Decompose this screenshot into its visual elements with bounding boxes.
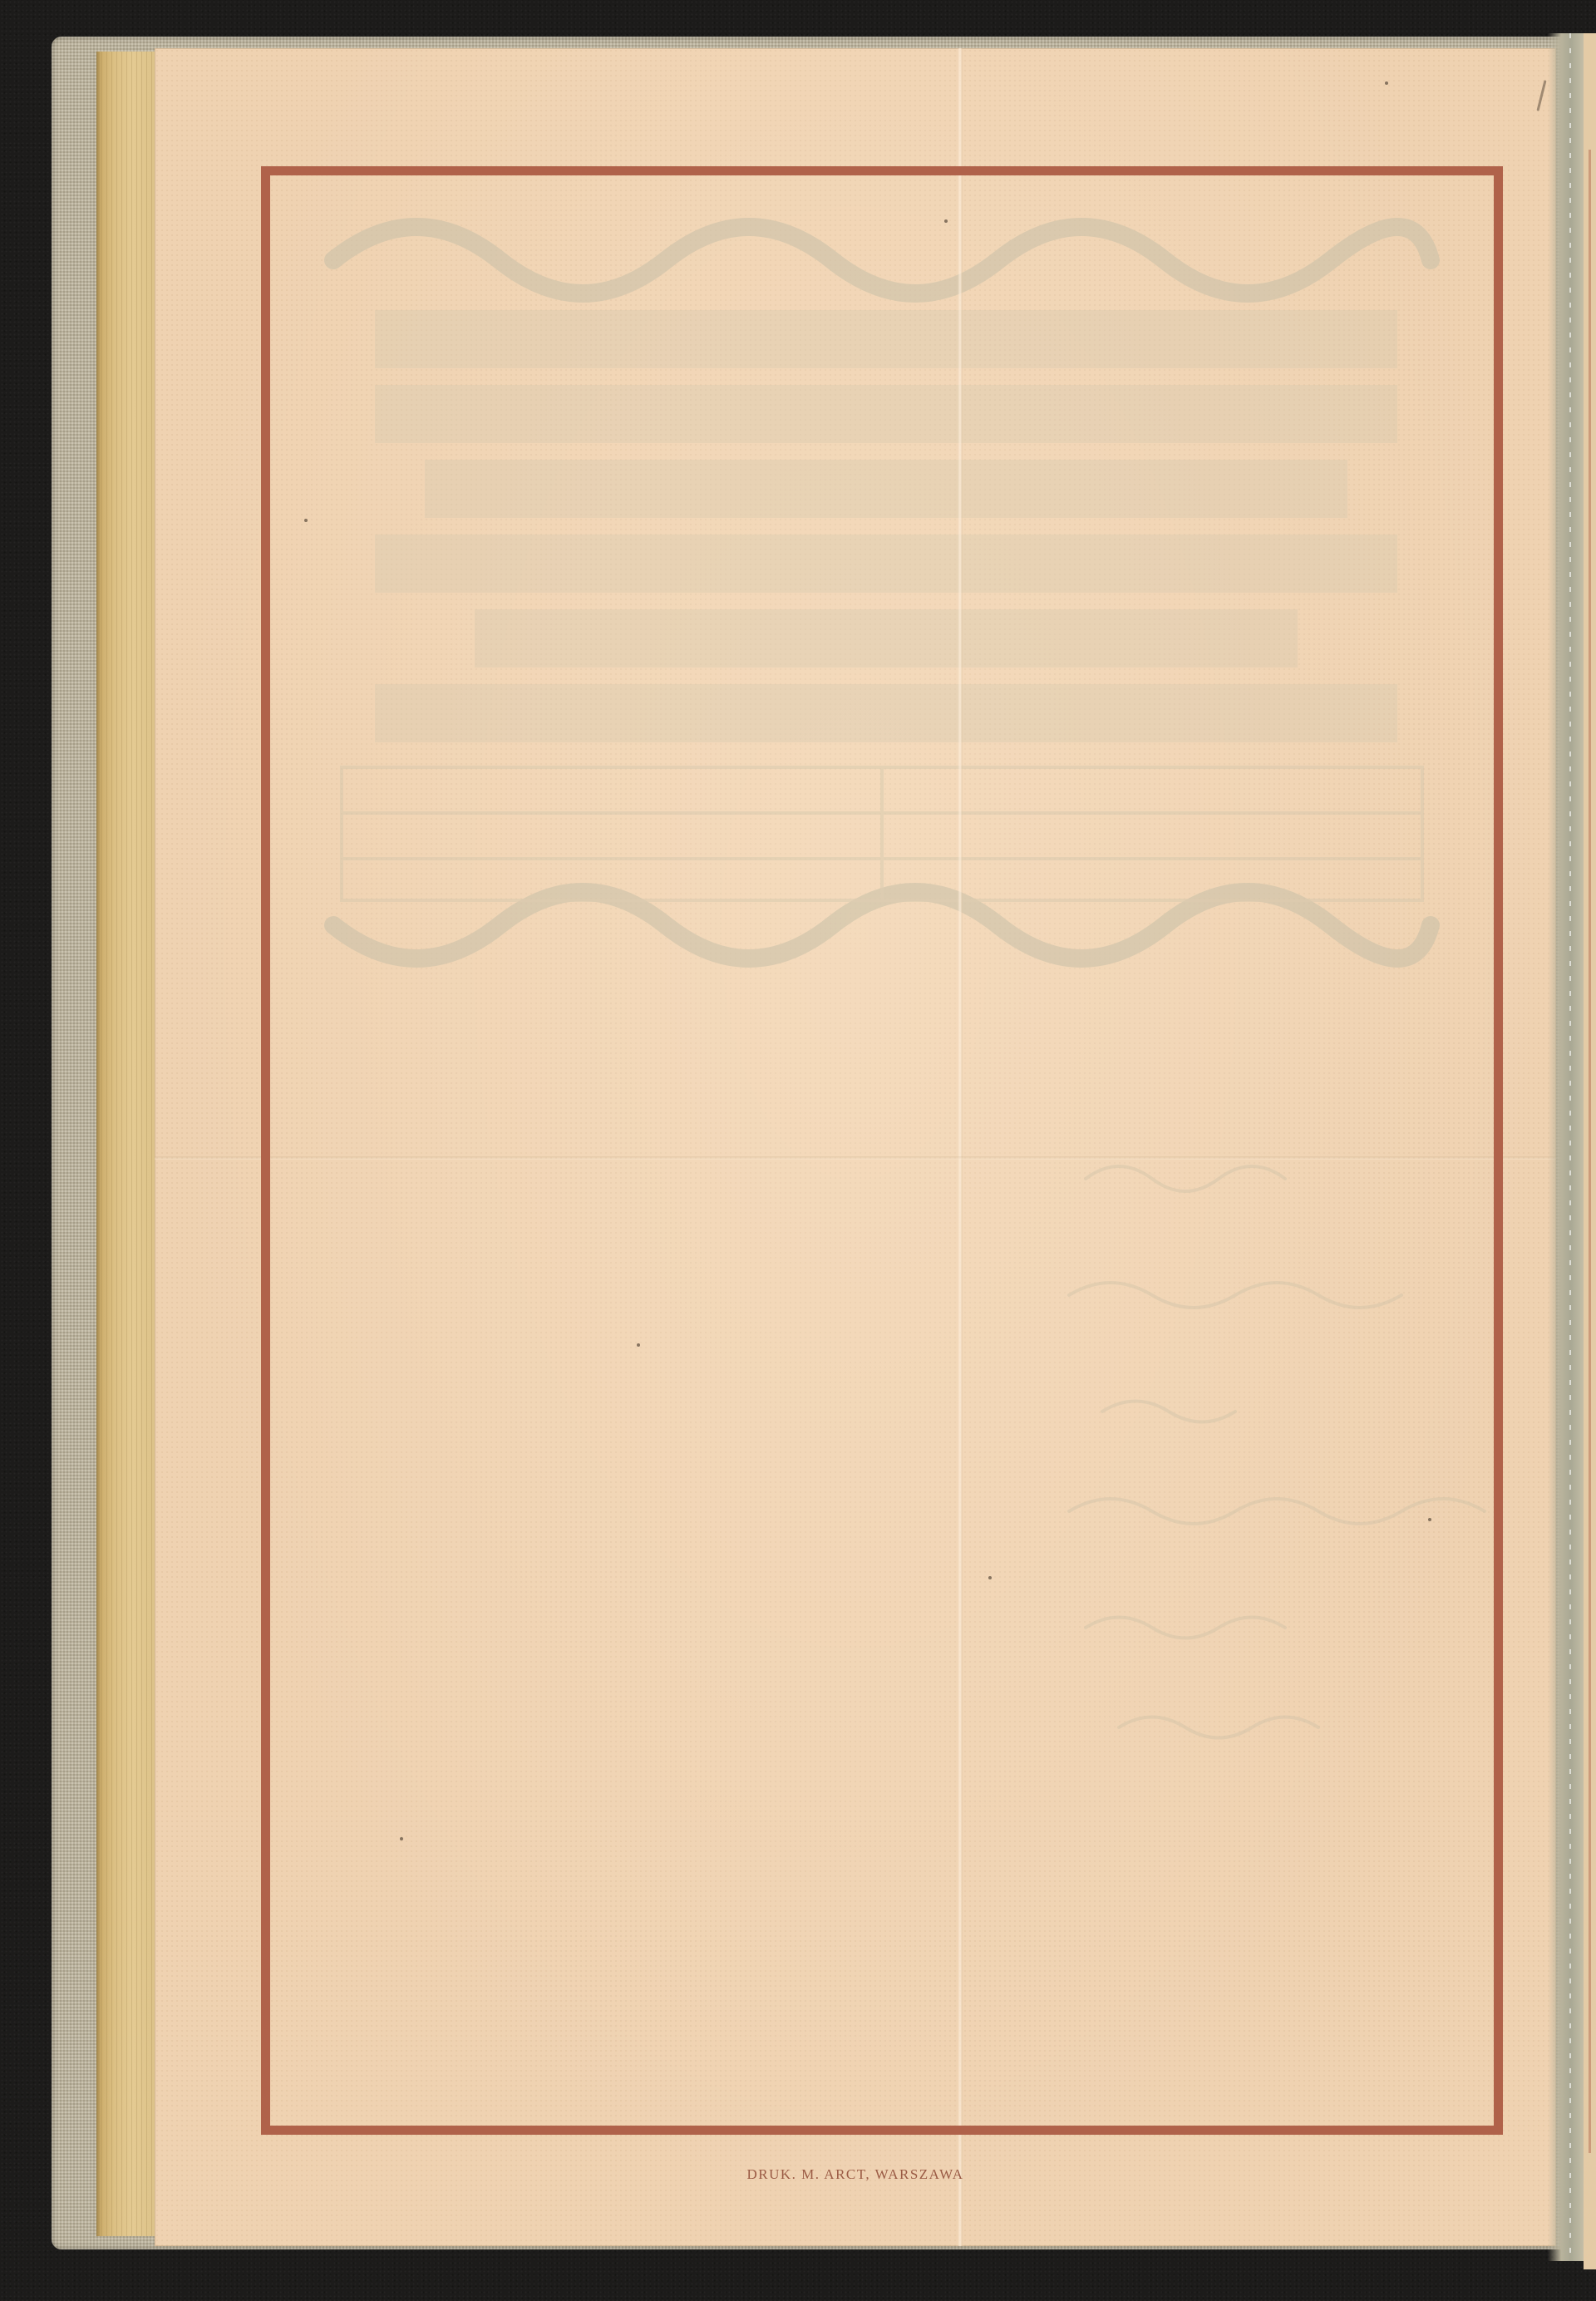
- page-edges-stack: [96, 52, 156, 2236]
- paper-speck: [944, 219, 948, 223]
- paper-speck: [400, 1837, 403, 1840]
- paper-speck: [1428, 1518, 1431, 1521]
- paper-speck: [988, 1576, 992, 1579]
- adjacent-page-edge: [1584, 33, 1596, 2269]
- paper-speck: [637, 1343, 640, 1347]
- paper-speck: [1385, 81, 1388, 85]
- book-page: DRUK. M. ARCT, WARSZAWA: [155, 48, 1556, 2246]
- printer-imprint: DRUK. M. ARCT, WARSZAWA: [155, 2166, 1556, 2183]
- red-printed-frame: [261, 166, 1503, 2135]
- book-gutter: [1548, 33, 1586, 2261]
- paper-speck: [304, 519, 308, 522]
